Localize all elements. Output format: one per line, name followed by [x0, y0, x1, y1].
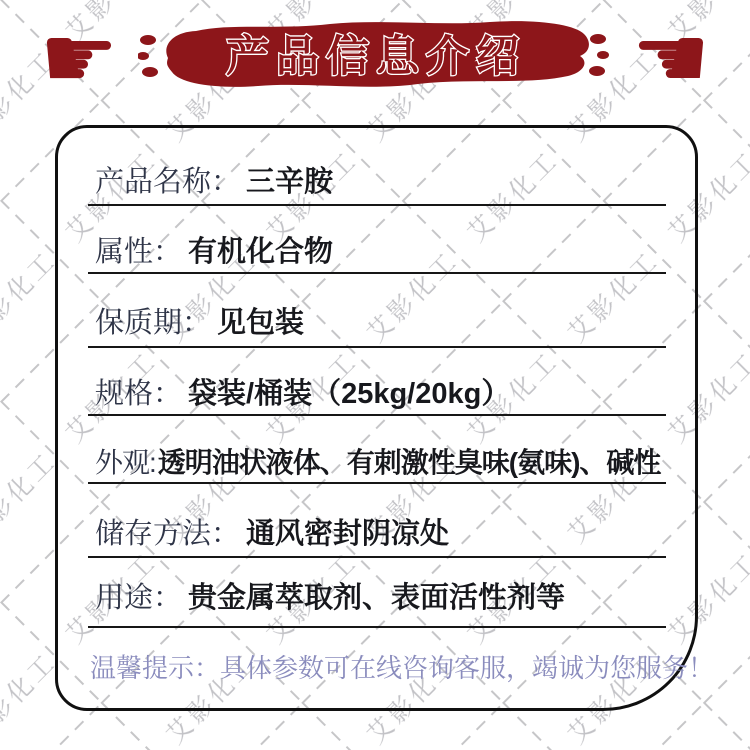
product-info-page: 艾影化工 ☛ ☚ 产品信息介绍 产品名称：三辛胺 属性：有机化合物 保质期：见包…: [0, 0, 750, 750]
row-usage: 用途：贵金属萃取剂、表面活性剂等: [95, 578, 705, 618]
row-shelf-life: 保质期：见包装: [95, 303, 705, 343]
banner: 产品信息介绍: [138, 14, 612, 98]
product-info-box: [55, 125, 698, 711]
row-label: 产品名称：: [95, 166, 240, 198]
pointing-hand-right-icon: ☛: [14, 12, 144, 104]
row-value: 有机化合物: [188, 236, 333, 268]
row-appearance: 外观:透明油状液体、有刺激性臭味(氨味)、碱性: [95, 443, 710, 483]
row-label: 用途：: [95, 582, 182, 614]
row-value: 透明油状液体、有刺激性臭味(氨味)、碱性: [158, 447, 661, 478]
row-value: 三辛胺: [246, 166, 333, 198]
row-label: 外观:: [95, 447, 156, 478]
row-value: 见包装: [217, 307, 304, 339]
pointing-hand-left-icon: ☚: [606, 12, 736, 104]
row-separator: [88, 626, 666, 628]
row-separator: [88, 414, 666, 416]
row-separator: [88, 204, 666, 206]
row-separator: [88, 272, 666, 274]
row-separator: [88, 556, 666, 558]
row-value: 贵金属萃取剂、表面活性剂等: [188, 582, 565, 614]
row-specification: 规格：袋装/桶装（25kg/20kg）: [95, 374, 705, 414]
row-value: 通风密封阴凉处: [246, 518, 449, 550]
row-value: 袋装/桶装（25kg/20kg）: [188, 378, 510, 410]
row-storage: 储存方法：通风密封阴凉处: [95, 514, 705, 554]
row-separator: [88, 346, 666, 348]
warm-tip-text: 温馨提示：具体参数可在线咨询客服，竭诚为您服务！: [90, 651, 670, 685]
page-title: 产品信息介绍: [226, 33, 526, 81]
row-product-name: 产品名称：三辛胺: [95, 162, 705, 202]
row-label: 保质期：: [95, 307, 211, 339]
row-attribute: 属性：有机化合物: [95, 232, 705, 272]
row-label: 储存方法：: [95, 518, 240, 550]
row-label: 属性：: [95, 236, 182, 268]
row-separator: [88, 482, 666, 484]
row-label: 规格：: [95, 378, 182, 410]
